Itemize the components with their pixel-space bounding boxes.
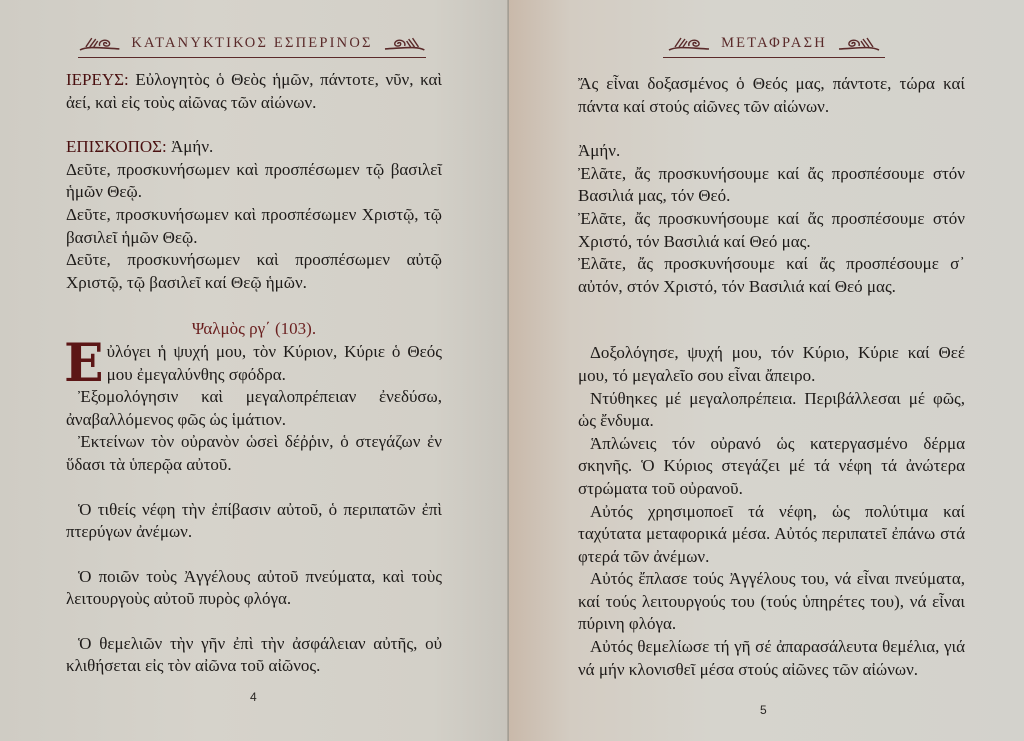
right-header-title: ΜΕΤΑΦΡΑΣΗ — [711, 35, 837, 52]
left-running-header: ΚΑΤΑΝΥΚΤΙΚΟΣ ΕΣΠΕΡΙΝΟΣ — [78, 28, 426, 58]
psalm-verse: Ὁ θεμελιῶν τὴν γῆν ἐπὶ τὴν ἀσφάλειαν αὐτ… — [66, 633, 442, 678]
right-running-header: ΜΕΤΑΦΡΑΣΗ — [663, 28, 885, 58]
psalm-verse-translation: Δοξολόγησε, ψυχή μου, τόν Κύριο, Κύριε κ… — [578, 342, 965, 387]
right-text-block: Ἄς εἶναι δοξασμένος ὁ Θεός μας, πάντοτε,… — [578, 73, 965, 681]
blessing-translation: Ἄς εἶναι δοξασμένος ὁ Θεός μας, πάντοτε,… — [578, 73, 965, 118]
scroll-flourish-icon — [837, 32, 881, 54]
left-header-title: ΚΑΤΑΝΥΚΤΙΚΟΣ ΕΣΠΕΡΙΝΟΣ — [121, 35, 382, 52]
psalm-verse-translation: Ντύθηκες μέ μεγαλοπρέπεια. Περιβάλλεσαι … — [578, 388, 965, 433]
header-rule — [663, 57, 885, 59]
psalm-verse: Ἐξομολόγησιν καὶ μεγαλοπρέπειαν ἐνεδύσω,… — [66, 386, 442, 431]
psalm-verse-translation: Αὐτός χρησιμοποεῖ τά νέφη, ὡς πολύτιμα κ… — [578, 501, 965, 569]
psalm-verse-translation: Αὐτός ἔπλασε τούς Ἀγγέλους του, νά εἶναι… — [578, 568, 965, 636]
psalm-verse-translation: Αὐτός θεμελίωσε τή γῆ σέ ἀπαρασάλευτα θε… — [578, 636, 965, 681]
amen-translation: Ἀμήν. — [578, 140, 965, 163]
header-rule — [78, 57, 426, 59]
invitatory-line: Δεῦτε, προσκυνήσωμεν καὶ προσπέσωμεν αὐτ… — [66, 249, 442, 294]
invitatory-line: Δεῦτε, προσκυνήσωμεν καὶ προσπέσωμεν Χρι… — [66, 204, 442, 249]
invitatory-line: Ἐλᾶτε, ἄς προσκυνήσουμε καί ἄς προσπέσου… — [578, 163, 965, 208]
invitatory-line: Ἐλᾶτε, ἄς προσκυνήσουμε καί ἄς προσπέσου… — [578, 208, 965, 253]
right-page: ΜΕΤΑΦΡΑΣΗ Ἄς εἶναι δοξασμένος ὁ Θεός μας… — [509, 0, 1024, 741]
invitatory-line: Δεῦτε, προσκυνήσωμεν καὶ προσπέσωμεν τῷ … — [66, 159, 442, 204]
speaker-label: ΙΕΡΕΥΣ: — [66, 70, 129, 89]
left-page: ΚΑΤΑΝΥΚΤΙΚΟΣ ΕΣΠΕΡΙΝΟΣ ΙΕΡΕΥΣ: Εὐλογητὸς… — [0, 0, 509, 741]
page-number: 5 — [760, 703, 767, 717]
scroll-flourish-icon — [383, 32, 426, 54]
scroll-flourish-icon — [78, 32, 121, 54]
invitatory-line: Ἐλᾶτε, ἄς προσκυνήσουμε καί ἄς προσπέσου… — [578, 253, 965, 298]
psalm-title: Ψαλμὸς ργ΄ (103). — [66, 318, 442, 341]
psalm-verse: Ὁ τιθείς νέφη τὴν ἐπίβασιν αὐτοῦ, ὁ περι… — [66, 499, 442, 544]
psalm-verse: Ἐκτείνων τὸν οὐρανὸν ὡσεὶ δέῤῥιν, ὁ στεγ… — [66, 431, 442, 476]
speaker-label: ΕΠΙΣΚΟΠΟΣ: — [66, 137, 167, 156]
psalm-first-verse: Εὐλόγει ἡ ψυχή μου, τὸν Κύριον, Κύριε ὁ … — [66, 341, 442, 386]
page-number: 4 — [250, 690, 257, 704]
left-text-block: ΙΕΡΕΥΣ: Εὐλογητὸς ὁ Θεὸς ἡμῶν, πάντοτε, … — [66, 69, 442, 678]
drop-cap: Ε — [64, 343, 104, 385]
scroll-flourish-icon — [667, 32, 711, 54]
bishop-response: ΕΠΙΣΚΟΠΟΣ: Ἀμήν. — [66, 136, 442, 159]
psalm-verse-translation: Ἁπλώνεις τόν οὐρανό ὡς κατεργασμένο δέρμ… — [578, 433, 965, 501]
priest-exclamation: ΙΕΡΕΥΣ: Εὐλογητὸς ὁ Θεὸς ἡμῶν, πάντοτε, … — [66, 69, 442, 114]
psalm-verse: Ὁ ποιῶν τοὺς Ἀγγέλους αὐτοῦ πνεύματα, κα… — [66, 566, 442, 611]
